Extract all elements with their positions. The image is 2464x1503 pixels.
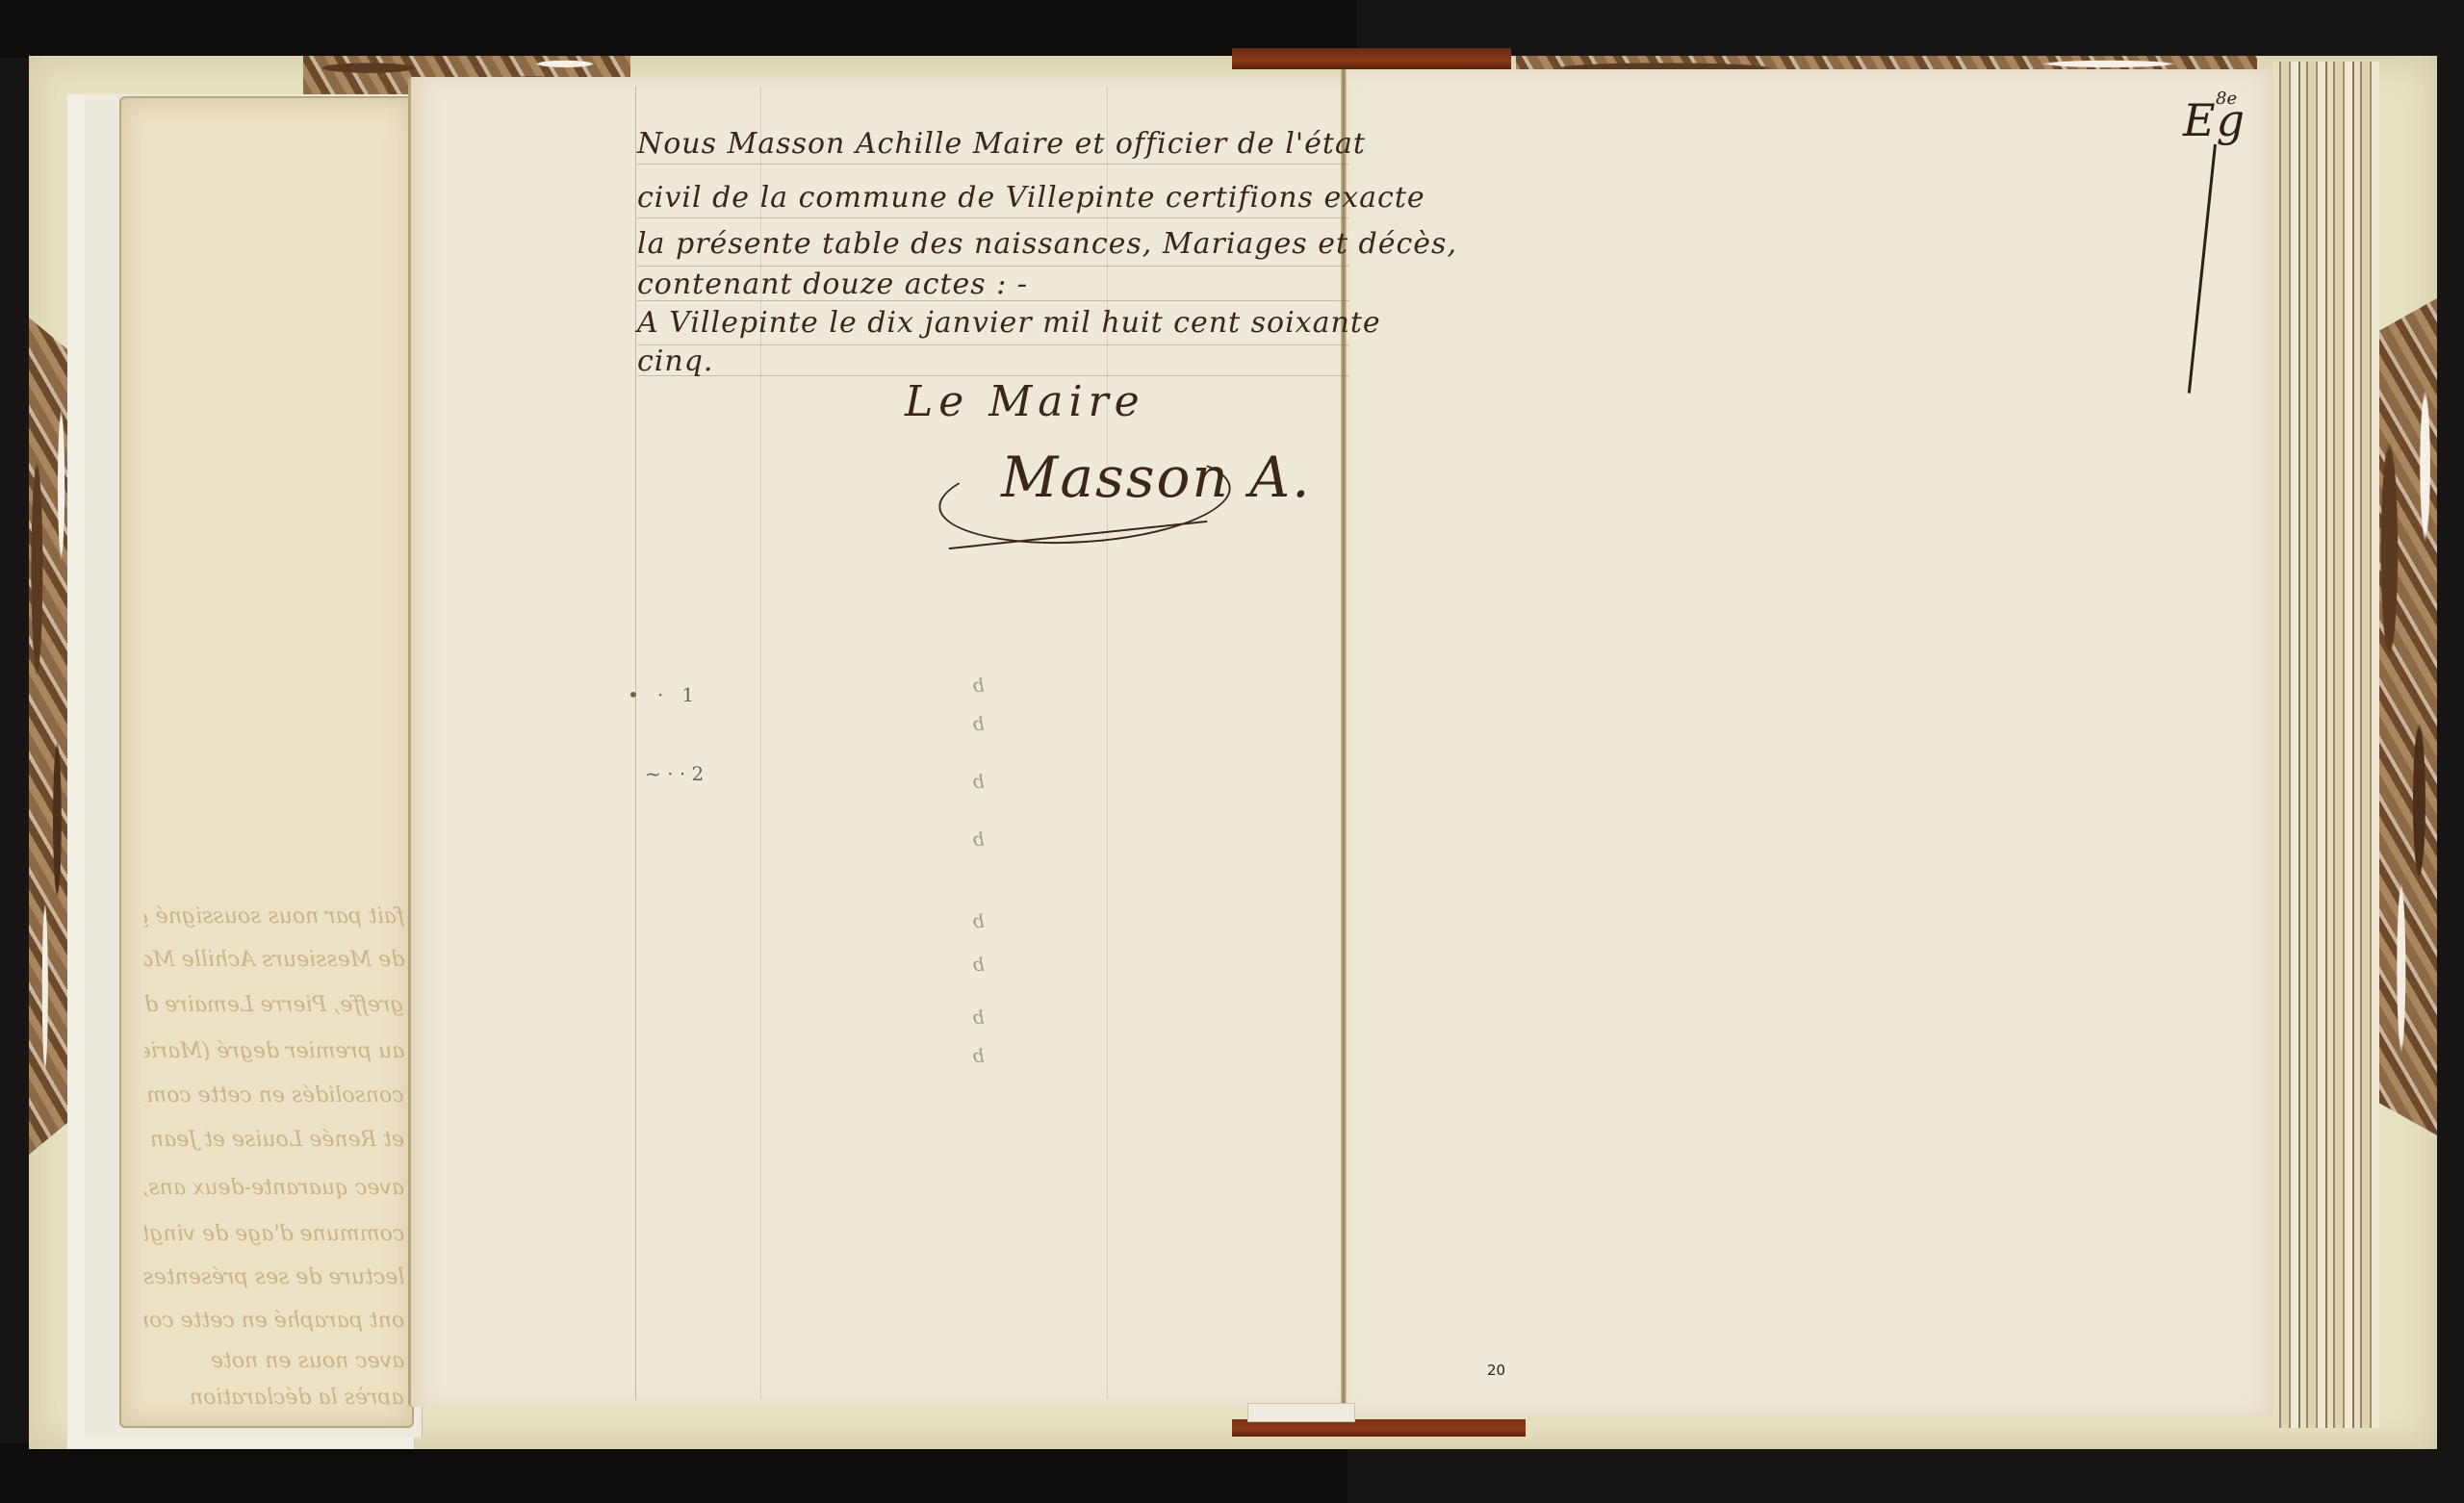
ditto-mark: b (972, 674, 985, 697)
ditto-mark: b (972, 953, 985, 976)
ditto-mark: b (972, 770, 985, 793)
ghost-line: greffe, Pierre Lemaire de la (144, 993, 404, 1017)
right-page (1342, 69, 2277, 1416)
signature-title: Le Maire (905, 377, 1145, 426)
table-entry-mark: • · 1 (628, 683, 694, 706)
marbled-paper-left (29, 318, 69, 1155)
ditto-mark: b (972, 909, 985, 932)
certification-line-4: contenant douze actes : - (637, 267, 1349, 301)
table-entry-mark: ~ · · 2 (645, 762, 704, 785)
background-shadow-bottom (0, 1443, 1347, 1503)
writing-rule (637, 266, 1349, 267)
table-entry-number: 1 (681, 683, 694, 706)
flap-bleed-through: fait par nous soussigné greffier de Mess… (144, 904, 404, 1405)
marginal-superscript: 8e (2216, 89, 2237, 109)
ditto-mark: b (972, 1006, 985, 1029)
writing-rule (637, 217, 1349, 218)
ghost-line: et Renée Louise et Jean (150, 1128, 404, 1152)
page-number: 20 (1487, 1362, 1505, 1379)
certification-line-5: A Villepinte le dix janvier mil huit cen… (637, 306, 1349, 340)
certification-line-1: Nous Masson Achille Maire et officier de… (637, 127, 1349, 161)
ghost-line: fait par nous soussigné greffier (144, 904, 404, 929)
ruled-column-line (635, 87, 636, 1400)
leather-spine-top (1232, 48, 1511, 69)
ditto-mark: b (972, 712, 985, 735)
ditto-mark: b (972, 1044, 985, 1067)
marbled-paper-right (2377, 298, 2437, 1135)
ghost-line: avec nous en note (211, 1349, 404, 1373)
binding-tab (1247, 1403, 1355, 1422)
certification-line-3: la présente table des naissances, Mariag… (637, 227, 1349, 261)
writing-rule (637, 164, 1349, 165)
ghost-line: de Messieurs Achille Masson (144, 948, 404, 972)
certification-line-2: civil de la commune de Villepinte certif… (637, 181, 1349, 215)
ditto-mark: b (972, 828, 985, 851)
background-shadow-top (0, 0, 1357, 58)
ghost-line: lecture de ses présentes lues (144, 1265, 404, 1289)
ghost-line: ont paraphé en cette commune (144, 1309, 404, 1333)
ghost-line: commune d'age de vingt ans (144, 1222, 404, 1246)
page-edges-stack (2273, 62, 2379, 1428)
ghost-line: au premier degré (Marie) (144, 1039, 404, 1063)
ghost-line: avec quarante-deux ans, maître (144, 1176, 404, 1200)
ghost-line: consolidés en cette commune (144, 1083, 404, 1108)
certification-line-6: cinq. (637, 344, 1349, 378)
ghost-line: après la déclaration (190, 1386, 404, 1405)
table-entry-number: 2 (692, 762, 705, 785)
ditto-marks-column: b b b b b b b b (972, 674, 991, 1058)
